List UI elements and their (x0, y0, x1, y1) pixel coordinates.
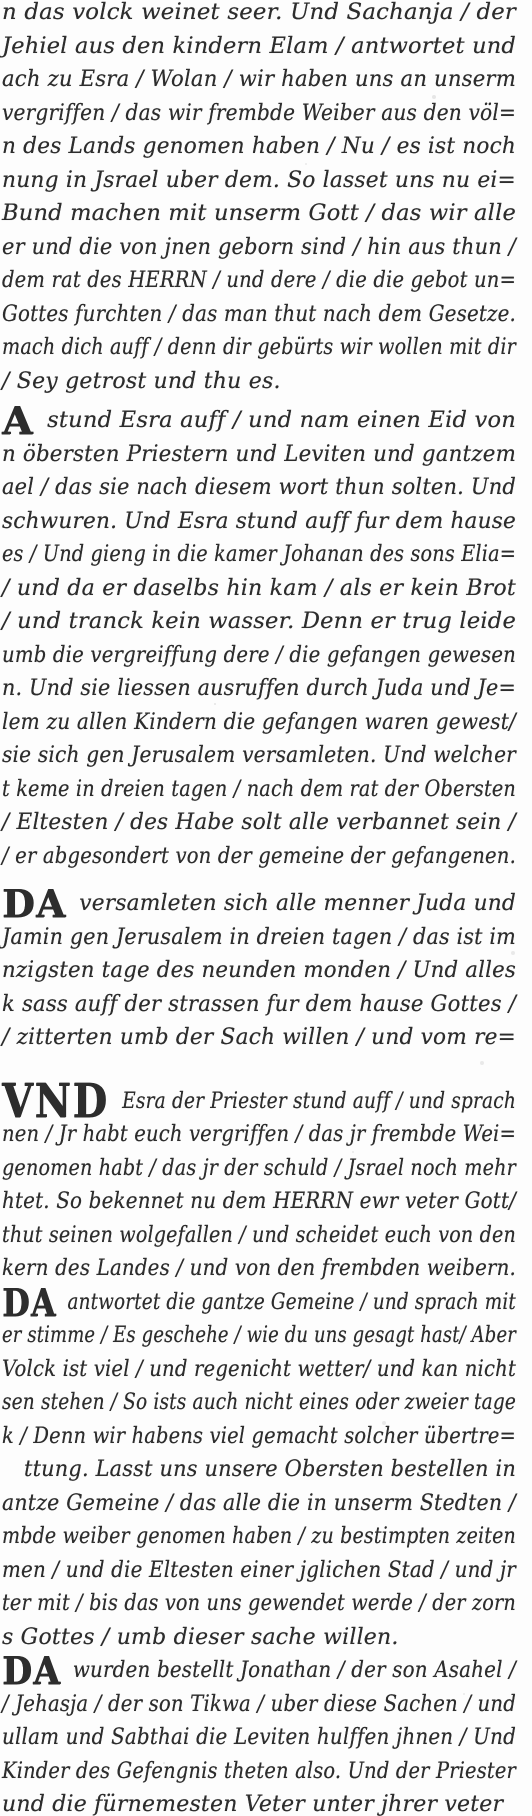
line-content: n des Lands genomen haben / Nu / es ist … (2, 130, 516, 164)
line-content: mach dich auff / denn dir gebürts wir wo… (2, 331, 516, 365)
manuscript-line: n das volck weinet seer. Und Sachanja / … (2, 0, 532, 30)
handwritten-text: / Jehasja / der son Tikwa / uber diese S… (2, 1692, 516, 1717)
handwritten-text: ter mit / bis das von uns gewendet werde… (2, 1591, 516, 1616)
manuscript-line: Kinder des Gefengnis theten also. Und de… (2, 1755, 532, 1789)
handwritten-text: / und tranck kein wasser. Denn er trug l… (2, 609, 516, 634)
manuscript-line: Astund Esra auff / und nam einen Eid von (2, 404, 532, 438)
manuscript-line: umb die vergreiffung dere / die gefangen… (2, 639, 532, 673)
line-content: / Sey getrost und thu es. (2, 365, 281, 399)
line-content: n. Und sie liessen ausruffen durch Juda … (2, 672, 516, 706)
manuscript-line: / und da er daselbs hin kam / als er kei… (2, 572, 532, 606)
handwritten-text: / zitterten umb der Sach willen / und vo… (2, 1025, 516, 1050)
handwritten-text: ullam und Sabthai die Leviten hulffen jh… (2, 1725, 516, 1750)
handwritten-text: ael / das sie nach diesem wort thun solt… (2, 475, 516, 500)
line-content: thut seinen wolgefallen / und scheidet e… (2, 1219, 516, 1253)
line-content: men / und die Eltesten einer jglichen St… (2, 1554, 516, 1588)
handwritten-text: / und da er daselbs hin kam / als er kei… (2, 576, 516, 601)
manuscript-line: n öbersten Priestern und Leviten und gan… (2, 438, 532, 472)
line-content: / und da er daselbs hin kam / als er kei… (2, 572, 516, 606)
line-content: Jamin gen Jerusalem in dreien tagen / da… (2, 921, 516, 955)
manuscript-line: sie sich gen Jerusalem versamleten. Und … (2, 739, 532, 773)
handwritten-text: genomen habt / das jr der schuld / Jsrae… (2, 1156, 516, 1181)
drop-cap-initial: DA (2, 1654, 61, 1688)
handwritten-text: er stimme / Es geschehe / wie du uns ges… (2, 1323, 516, 1348)
handwritten-text: er und die von jnen geborn sind / hin au… (2, 235, 516, 260)
manuscript-line: / zitterten umb der Sach willen / und vo… (2, 1021, 532, 1055)
manuscript-line: k / Denn wir habens viel gemacht solcher… (2, 1420, 532, 1454)
handwritten-text-block: n das volck weinet seer. Und Sachanja / … (2, 0, 532, 1816)
handwritten-text: es / Und gieng in die kamer Johanan des … (2, 542, 516, 567)
manuscript-line: / und tranck kein wasser. Denn er trug l… (2, 605, 532, 639)
drop-cap-initial: A (2, 404, 34, 438)
manuscript-line: DAwurden bestellt Jonathan / der son Asa… (2, 1654, 532, 1688)
line-content: genomen habt / das jr der schuld / Jsrae… (2, 1152, 516, 1186)
line-content: DAantwortet die gantze Gemeine / und spr… (2, 1286, 516, 1320)
handwritten-text: men / und die Eltesten einer jglichen St… (2, 1558, 516, 1583)
manuscript-line: ullam und Sabthai die Leviten hulffen jh… (2, 1721, 532, 1755)
handwritten-text: wurden bestellt Jonathan / der son Asahe… (73, 1658, 516, 1683)
line-content: nzigsten tage des neunden monden / Und a… (2, 954, 516, 988)
line-content: / Jehasja / der son Tikwa / uber diese S… (2, 1688, 516, 1722)
handwritten-text: ttung. Lasst uns unsere Obersten bestell… (24, 1457, 516, 1482)
line-content: nen / Jr habt euch vergriffen / das jr f… (2, 1118, 516, 1152)
manuscript-line: kern des Landes / und von den frembden w… (2, 1252, 532, 1286)
line-content: DAwurden bestellt Jonathan / der son Asa… (2, 1654, 516, 1688)
handwritten-text: sie sich gen Jerusalem versamleten. Und … (2, 743, 516, 768)
handwritten-text: Jehiel aus den kindern Elam / antwortet … (2, 34, 516, 59)
manuscript-line: s Gottes / umb dieser sache willen. (2, 1621, 532, 1655)
drop-cap-initial: DA (2, 887, 66, 921)
manuscript-line: Bund machen mit unserm Gott / das wir al… (2, 197, 532, 231)
line-content: kern des Landes / und von den frembden w… (2, 1252, 516, 1286)
manuscript-line: schwuren. Und Esra stund auff fur dem ha… (2, 505, 532, 539)
line-content: / er abgesondert von der gemeine der gef… (2, 840, 516, 874)
handwritten-text: ach zu Esra / Wolan / wir haben uns an u… (2, 67, 516, 92)
handwritten-text: n. Und sie liessen ausruffen durch Juda … (2, 676, 516, 701)
handwritten-text: nung in Jsrael uber dem. So lasset uns n… (2, 168, 516, 193)
handwritten-text: / Sey getrost und thu es. (2, 369, 281, 394)
manuscript-line: er und die von jnen geborn sind / hin au… (2, 231, 532, 265)
manuscript-line: thut seinen wolgefallen / und scheidet e… (2, 1219, 532, 1253)
handwritten-text: vergriffen / das wir frembde Weiber aus … (2, 101, 516, 126)
line-content: Volck ist viel / und regenicht wetter/ u… (2, 1353, 516, 1387)
drop-cap-initial: VND (2, 1085, 109, 1119)
line-content: sen stehen / So ists auch nicht eines od… (2, 1386, 516, 1420)
handwritten-text: t keme in dreien tagen / nach dem rat de… (2, 777, 516, 802)
line-content: vergriffen / das wir frembde Weiber aus … (2, 97, 516, 131)
manuscript-line: / Jehasja / der son Tikwa / uber diese S… (2, 1688, 532, 1722)
line-content: er und die von jnen geborn sind / hin au… (2, 231, 516, 265)
manuscript-line: DAversamleten sich alle menner Juda und (2, 887, 532, 921)
handwritten-text: mach dich auff / denn dir gebürts wir wo… (2, 335, 516, 360)
handwritten-text: nzigsten tage des neunden monden / Und a… (2, 958, 516, 983)
manuscript-page: n das volck weinet seer. Und Sachanja / … (0, 0, 532, 1816)
manuscript-line: er stimme / Es geschehe / wie du uns ges… (2, 1319, 532, 1353)
line-content: s Gottes / umb dieser sache willen. (2, 1621, 399, 1655)
handwritten-text: Esra der Priester stund auff / und sprac… (122, 1089, 516, 1114)
handwritten-text: dem rat des HERRN / und dere / die die g… (2, 268, 516, 293)
line-content: htet. So bekennet nu dem HERRN ewr veter… (2, 1185, 516, 1219)
handwritten-text: / Eltesten / des Habe solt alle verbanne… (2, 810, 516, 835)
line-content: k sass auff der strassen fur dem hause G… (2, 988, 516, 1022)
line-content: / zitterten umb der Sach willen / und vo… (2, 1021, 516, 1055)
line-content: ter mit / bis das von uns gewendet werde… (2, 1587, 516, 1621)
manuscript-line: n des Lands genomen haben / Nu / es ist … (2, 130, 532, 164)
handwritten-text: n öbersten Priestern und Leviten und gan… (2, 442, 516, 467)
handwritten-text: antwortet die gantze Gemeine / und sprac… (67, 1290, 515, 1315)
line-content: Astund Esra auff / und nam einen Eid von (2, 404, 516, 438)
handwritten-text: lem zu allen Kindern die gefangen waren … (2, 710, 516, 735)
handwritten-text: Gottes furchten / das man thut nach dem … (2, 302, 516, 327)
manuscript-line: nzigsten tage des neunden monden / Und a… (2, 954, 532, 988)
handwritten-text: Bund machen mit unserm Gott / das wir al… (2, 201, 516, 226)
line-content: k / Denn wir habens viel gemacht solcher… (2, 1420, 516, 1454)
manuscript-line: nen / Jr habt euch vergriffen / das jr f… (2, 1118, 532, 1152)
line-content: Gottes furchten / das man thut nach dem … (2, 298, 516, 332)
line-content: sie sich gen Jerusalem versamleten. Und … (2, 739, 516, 773)
line-content: es / Und gieng in die kamer Johanan des … (2, 538, 516, 572)
line-content: DAversamleten sich alle menner Juda und (2, 887, 516, 921)
line-content: mbde weiber genomen haben / zu bestimpte… (2, 1520, 516, 1554)
manuscript-line: t keme in dreien tagen / nach dem rat de… (2, 773, 532, 807)
line-content: ach zu Esra / Wolan / wir haben uns an u… (2, 63, 516, 97)
line-content: Bund machen mit unserm Gott / das wir al… (2, 197, 516, 231)
line-content: ullam und Sabthai die Leviten hulffen jh… (2, 1721, 516, 1755)
line-content: ttung. Lasst uns unsere Obersten bestell… (24, 1453, 516, 1487)
manuscript-line: vergriffen / das wir frembde Weiber aus … (2, 97, 532, 131)
line-content: umb die vergreiffung dere / die gefangen… (2, 639, 516, 673)
manuscript-line: htet. So bekennet nu dem HERRN ewr veter… (2, 1185, 532, 1219)
line-content: n öbersten Priestern und Leviten und gan… (2, 438, 516, 472)
line-content: Kinder des Gefengnis theten also. Und de… (2, 1755, 516, 1789)
line-content: / Eltesten / des Habe solt alle verbanne… (2, 806, 516, 840)
line-content: antze Gemeine / das alle die in unserm S… (2, 1487, 516, 1521)
manuscript-line: genomen habt / das jr der schuld / Jsrae… (2, 1152, 532, 1186)
manuscript-line: ttung. Lasst uns unsere Obersten bestell… (2, 1453, 532, 1487)
handwritten-text: kern des Landes / und von den frembden w… (2, 1256, 516, 1281)
line-content: lem zu allen Kindern die gefangen waren … (2, 706, 516, 740)
line-content: VNDEsra der Priester stund auff / und sp… (2, 1085, 516, 1119)
handwritten-text: sen stehen / So ists auch nicht eines od… (2, 1390, 516, 1415)
line-content: ael / das sie nach diesem wort thun solt… (2, 471, 516, 505)
line-content: t keme in dreien tagen / nach dem rat de… (2, 773, 516, 807)
manuscript-line: ach zu Esra / Wolan / wir haben uns an u… (2, 63, 532, 97)
line-content: Jehiel aus den kindern Elam / antwortet … (2, 30, 516, 64)
line-content: / und tranck kein wasser. Denn er trug l… (2, 605, 516, 639)
line-content: nung in Jsrael uber dem. So lasset uns n… (2, 164, 516, 198)
handwritten-text: stund Esra auff / und nam einen Eid von (47, 408, 516, 433)
handwritten-text: schwuren. Und Esra stund auff fur dem ha… (2, 509, 516, 534)
handwritten-text: antze Gemeine / das alle die in unserm S… (2, 1491, 516, 1516)
manuscript-line: nung in Jsrael uber dem. So lasset uns n… (2, 164, 532, 198)
manuscript-line: ter mit / bis das von uns gewendet werde… (2, 1587, 532, 1621)
manuscript-line: men / und die Eltesten einer jglichen St… (2, 1554, 532, 1588)
manuscript-line: lem zu allen Kindern die gefangen waren … (2, 706, 532, 740)
manuscript-line: sen stehen / So ists auch nicht eines od… (2, 1386, 532, 1420)
handwritten-text: k / Denn wir habens viel gemacht solcher… (2, 1424, 516, 1449)
handwritten-text: versamleten sich alle menner Juda und (79, 891, 516, 916)
manuscript-line: dem rat des HERRN / und dere / die die g… (2, 264, 532, 298)
handwritten-text: Volck ist viel / und regenicht wetter/ u… (2, 1357, 516, 1382)
manuscript-line: n. Und sie liessen ausruffen durch Juda … (2, 672, 532, 706)
handwritten-text: / er abgesondert von der gemeine der gef… (2, 844, 516, 869)
handwritten-text: htet. So bekennet nu dem HERRN ewr veter… (2, 1189, 516, 1214)
line-content: schwuren. Und Esra stund auff fur dem ha… (2, 505, 516, 539)
manuscript-line: / Sey getrost und thu es. (2, 365, 532, 399)
drop-cap-initial: DA (2, 1286, 57, 1320)
manuscript-line: es / Und gieng in die kamer Johanan des … (2, 538, 532, 572)
manuscript-line: k sass auff der strassen fur dem hause G… (2, 988, 532, 1022)
manuscript-line: Jehiel aus den kindern Elam / antwortet … (2, 30, 532, 64)
manuscript-line: Volck ist viel / und regenicht wetter/ u… (2, 1353, 532, 1387)
handwritten-text: Kinder des Gefengnis theten also. Und de… (2, 1759, 516, 1784)
handwritten-text: nen / Jr habt euch vergriffen / das jr f… (2, 1122, 516, 1147)
manuscript-line: antze Gemeine / das alle die in unserm S… (2, 1487, 532, 1521)
line-content: dem rat des HERRN / und dere / die die g… (2, 264, 516, 298)
manuscript-line: und die fürnemesten Veter unter jhrer ve… (2, 1788, 532, 1816)
manuscript-line: Jamin gen Jerusalem in dreien tagen / da… (2, 921, 532, 955)
manuscript-line: DAantwortet die gantze Gemeine / und spr… (2, 1286, 532, 1320)
manuscript-line: mbde weiber genomen haben / zu bestimpte… (2, 1520, 532, 1554)
manuscript-line: ael / das sie nach diesem wort thun solt… (2, 471, 532, 505)
handwritten-text: Jamin gen Jerusalem in dreien tagen / da… (2, 925, 516, 950)
handwritten-text: n das volck weinet seer. Und Sachanja / … (2, 0, 516, 25)
manuscript-line: Gottes furchten / das man thut nach dem … (2, 298, 532, 332)
handwritten-text: k sass auff der strassen fur dem hause G… (2, 992, 516, 1017)
line-content: und die fürnemesten Veter unter jhrer ve… (2, 1788, 503, 1816)
line-content: er stimme / Es geschehe / wie du uns ges… (2, 1319, 516, 1353)
handwritten-text: umb die vergreiffung dere / die gefangen… (2, 643, 516, 668)
line-content: n das volck weinet seer. Und Sachanja / … (2, 0, 516, 30)
handwritten-text: mbde weiber genomen haben / zu bestimpte… (2, 1524, 516, 1549)
handwritten-text: s Gottes / umb dieser sache willen. (2, 1625, 399, 1650)
manuscript-line: / er abgesondert von der gemeine der gef… (2, 840, 532, 874)
manuscript-line: mach dich auff / denn dir gebürts wir wo… (2, 331, 532, 365)
handwritten-text: und die fürnemesten Veter unter jhrer ve… (2, 1792, 503, 1816)
manuscript-line: VNDEsra der Priester stund auff / und sp… (2, 1085, 532, 1119)
manuscript-line: / Eltesten / des Habe solt alle verbanne… (2, 806, 532, 840)
handwritten-text: n des Lands genomen haben / Nu / es ist … (2, 134, 516, 159)
handwritten-text: thut seinen wolgefallen / und scheidet e… (2, 1223, 516, 1248)
